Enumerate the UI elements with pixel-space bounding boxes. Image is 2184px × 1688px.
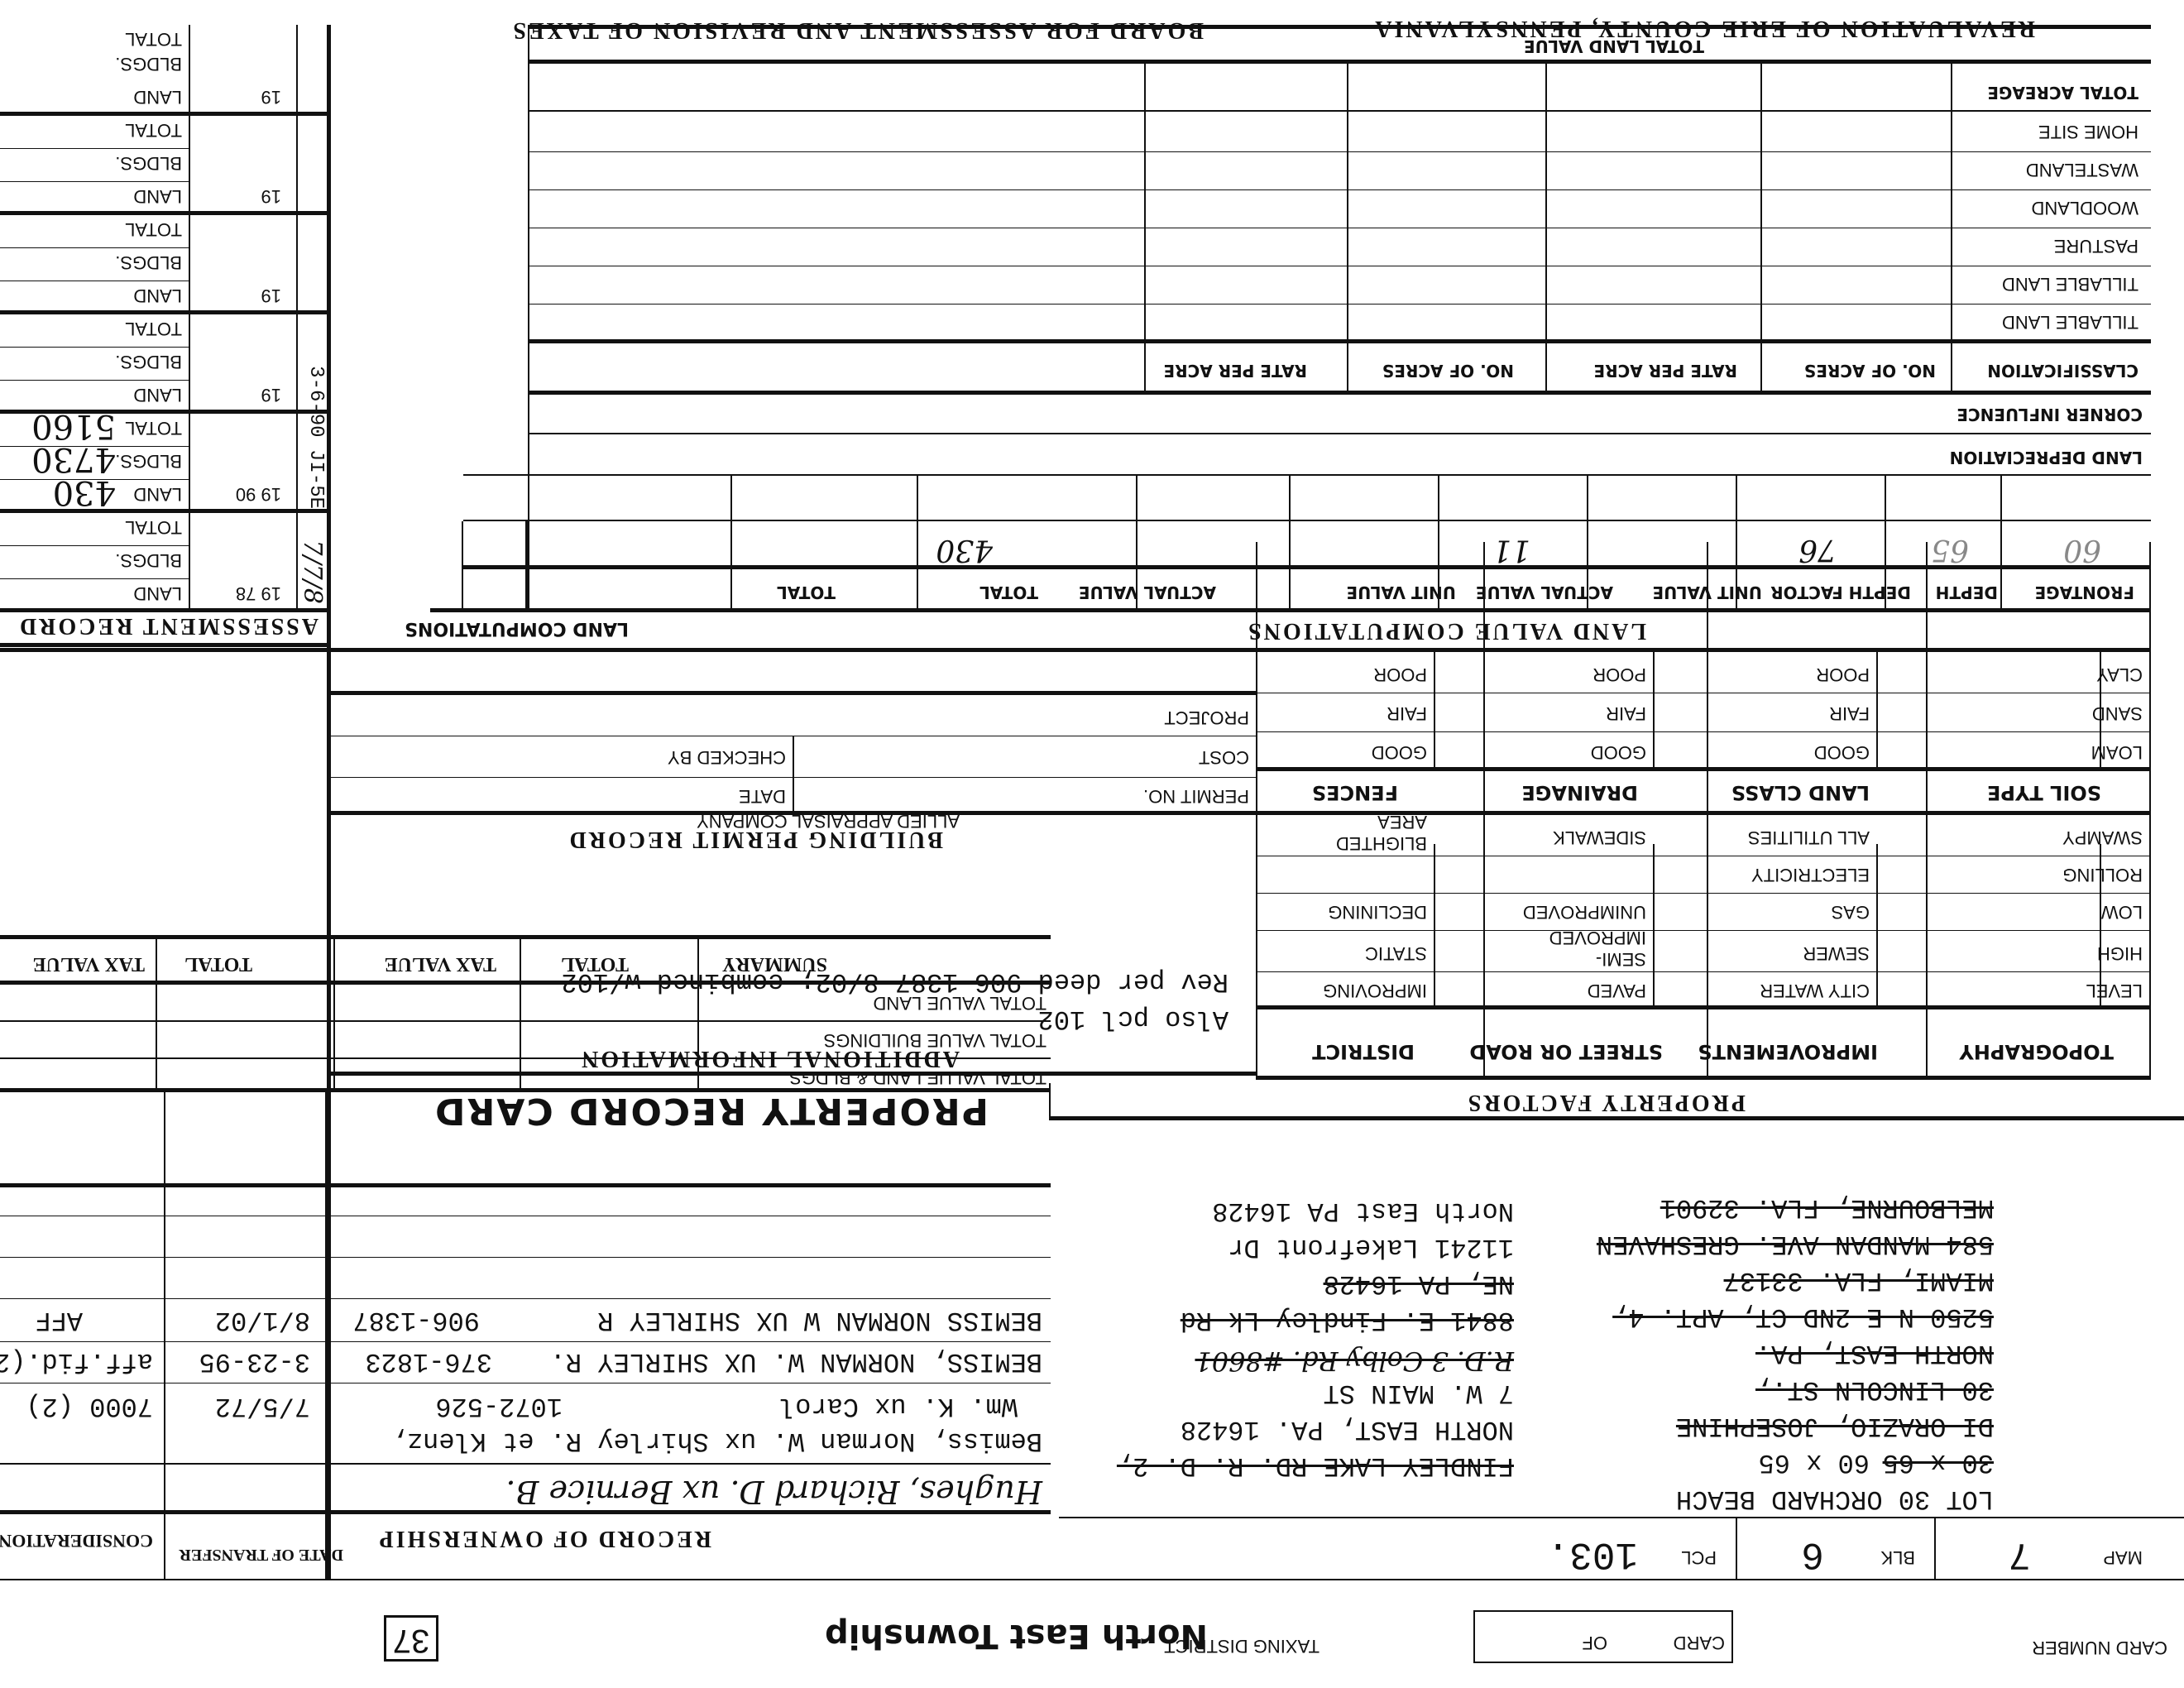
class-home-site: HOME SITE: [2038, 121, 2138, 142]
assessment-land-label: LAND: [133, 583, 182, 604]
divider: [463, 565, 1257, 569]
summary-tax-value-header-2: TAX VALUE: [33, 952, 145, 975]
address-line: MIAMI, FLA. 33137: [1724, 1265, 1994, 1296]
no-of-acres-header: NO. OF ACRES: [1804, 361, 1936, 381]
frontage-value: 60: [2063, 533, 2101, 567]
permit-date-label: DATE: [739, 785, 786, 807]
assessment-year: 19 78: [236, 583, 281, 604]
land-depreciation-label: LAND DEPRECIATION: [1950, 448, 2143, 468]
total-header-2: TOTAL: [777, 583, 836, 602]
factor-gas[interactable]: GAS: [1832, 901, 1870, 923]
factor-low[interactable]: LOW: [2101, 901, 2143, 923]
divider: [529, 25, 2151, 29]
class-total-acreage: TOTAL ACREAGE: [1987, 83, 2138, 103]
legal-dimensions: 60 x 65: [1759, 1447, 1870, 1478]
owner-date: 8/1/02: [215, 1305, 310, 1336]
summary-tax-value-header: TAX VALUE: [385, 952, 496, 975]
owner-row: BEMISS NORMAN W UX SHIRLEY R: [597, 1305, 1042, 1336]
address-line: 11241 Lakefront Dr: [1228, 1232, 1514, 1263]
divider: [0, 545, 190, 546]
divider: [1257, 811, 2151, 815]
property-factors-title: PROPERTY FACTORS: [1466, 1089, 1746, 1115]
soil-clay[interactable]: CLAY: [2096, 664, 2143, 685]
ownership-title: RECORD OF OWNERSHIP: [377, 1525, 711, 1551]
assessment-bldgs-label: BLDGS.: [115, 351, 182, 372]
assessment-bldgs-label: BLDGS.: [115, 450, 182, 472]
permit-checked-by-label: CHECKED BY: [668, 746, 786, 768]
divider: [0, 148, 190, 149]
divider: [462, 521, 463, 612]
divider: [1545, 64, 1547, 395]
lvc-header-row: FRONTAGE DEPTH DEPTH FACTOR UNIT VALUE A…: [1257, 569, 2151, 612]
divider: [1653, 651, 1655, 771]
divider: [0, 981, 1051, 985]
owner-deed: 1072-526: [435, 1391, 563, 1422]
assessment-total-label: TOTAL: [125, 28, 182, 50]
divider: [0, 935, 1051, 939]
divider: [1136, 476, 1137, 612]
divider: [1289, 476, 1291, 612]
divider: [0, 479, 190, 480]
owner-row: BEMISS, NORMAN W. UX SHIRLEY R.: [550, 1346, 1042, 1377]
address-line: FINDLEY LAKE RD. R. D. 2,: [1117, 1451, 1514, 1481]
divider: [1257, 1076, 2151, 1080]
legal-description: LOT 30 ORCHARD BEACH: [1676, 1484, 1994, 1514]
classification-header: CLASSIFICATION: [1987, 361, 2138, 381]
divider: [1434, 844, 1435, 1009]
drainage-header: DRAINAGE: [1521, 781, 1638, 804]
depth-value: 65: [1931, 533, 1969, 567]
divider: [1876, 651, 1878, 771]
fences-header: FENCES: [1312, 781, 1398, 804]
unit-value-header: UNIT VALUE: [1652, 583, 1762, 602]
address-line: 8841 E. Findley Lk Rd: [1181, 1305, 1514, 1336]
divider: [430, 608, 1257, 612]
drainage-good[interactable]: GOOD: [1591, 741, 1646, 763]
map-label: MAP: [2103, 1547, 2143, 1568]
divider: [1653, 844, 1655, 1009]
assessment-land-label: LAND: [133, 285, 182, 306]
divider: [0, 211, 331, 215]
factor-level[interactable]: LEVEL: [2086, 980, 2143, 1001]
divider: [529, 339, 2151, 343]
factor-blighted-area[interactable]: BLIGHTED AREA: [1303, 811, 1427, 854]
divider: [0, 578, 190, 579]
divider: [0, 1216, 1051, 1216]
assessment-title: ASSESSMENT RECORD: [17, 612, 318, 639]
address-line: 30 LINCOLN ST.,: [1755, 1374, 1994, 1405]
appraisal-company: ALLIED APPRAISAL COMPANY: [697, 810, 960, 832]
owner-date: 7/5/72: [215, 1391, 310, 1422]
divider: [0, 1183, 1051, 1187]
divider: [1885, 476, 1886, 612]
assessment-land-label: LAND: [133, 384, 182, 405]
divider: [331, 777, 1257, 778]
topography-header: TOPOGRAPHY: [1959, 1040, 2114, 1063]
divider: [0, 1088, 1051, 1092]
divider: [529, 228, 2151, 228]
address-line: MELBOURNE, FLA. 32901: [1660, 1192, 1994, 1223]
land-value-computations-title: LAND VALUE COMPUTATIONS: [1246, 617, 1646, 644]
unit-value-header-2: UNIT VALUE: [1346, 583, 1456, 602]
owner-deed: 906-1387: [352, 1305, 480, 1336]
divider: [697, 939, 699, 1092]
district-header: DISTRICT: [1312, 1040, 1415, 1063]
divider: [1587, 476, 1588, 612]
divider: [529, 189, 2151, 190]
property-record-card: BOARD FOR ASSESSMENT AND REVISION OF TAX…: [0, 0, 2184, 1688]
owner-row: Wm. K. ux Carol: [779, 1391, 1018, 1422]
divider: [0, 1383, 1051, 1383]
map-value: 7: [2008, 1532, 2031, 1575]
divider: [1257, 565, 2151, 569]
summary-total-land-bldgs-label: TOTAL VALUE LAND & BLDGS.: [784, 1067, 1046, 1088]
summary-total-buildings-label: TOTAL VALUE BUILDINGS: [824, 1029, 1046, 1051]
factor-semi-improved[interactable]: SEMI-IMPROVED: [1522, 927, 1646, 970]
divider: [529, 266, 2151, 266]
divider: [0, 247, 190, 248]
factor-all-utilities[interactable]: ALL UTILITIES: [1748, 827, 1870, 848]
land-class-fair[interactable]: FAIR: [1829, 703, 1870, 724]
assessment-land-label: LAND: [133, 185, 182, 207]
factor-swampy[interactable]: SWAMPY: [2062, 827, 2143, 848]
permit-cost-label: COST: [1199, 746, 1249, 768]
box-number: 37: [384, 1615, 438, 1662]
factor-sidewalk[interactable]: SIDEWALK: [1553, 827, 1646, 848]
divider: [331, 691, 1257, 695]
divider: [1736, 476, 1737, 612]
assessment-land-label: LAND: [133, 86, 182, 108]
summary-header: SUMMARY: [722, 952, 827, 975]
owner-date: 3-23-95: [199, 1346, 310, 1377]
card-of-box: CARD OF: [1473, 1610, 1733, 1663]
permit-no-label: PERMIT NO.: [1143, 785, 1249, 807]
address-line: NORTH EAST, PA. 16428: [1181, 1414, 1514, 1445]
address-line: 5250 N E 2ND CT, APT. 4,: [1612, 1302, 1994, 1332]
divider: [529, 391, 2151, 395]
drainage-poor[interactable]: POOR: [1592, 664, 1646, 685]
divider: [529, 304, 2151, 305]
divider: [0, 281, 190, 281]
no-of-acres-header-2: NO. OF ACRES: [1382, 361, 1514, 381]
card-number-label: CARD NUMBER: [2076, 1637, 2167, 1658]
soil-type-header: SOIL TYPE: [1987, 781, 2101, 804]
divider: [1434, 651, 1435, 771]
frontage-header: FRONTAGE: [2035, 583, 2134, 602]
factor-rolling[interactable]: ROLLING: [2062, 864, 2143, 885]
divider: [331, 736, 1257, 736]
divider: [730, 476, 732, 612]
card-label: CARD: [1674, 1632, 1725, 1653]
divider: [463, 474, 2151, 476]
land-class-good[interactable]: GOOD: [1814, 741, 1870, 763]
address-line: North East PA 16428: [1212, 1196, 1514, 1226]
divider: [0, 446, 190, 447]
land-computations-label: LAND COMPUTATIONS: [405, 618, 629, 639]
assessment-bldgs-label: BLDGS.: [115, 152, 182, 174]
factor-paved[interactable]: PAVED: [1588, 980, 1646, 1001]
summary-total-header-2: TOTAL: [184, 952, 252, 975]
divider: [1257, 893, 2151, 894]
divider: [0, 380, 190, 381]
depth-factor-header: DEPTH FACTOR: [1770, 583, 1911, 602]
factor-city-water[interactable]: CITY WATER: [1760, 980, 1870, 1001]
divider: [1876, 844, 1878, 1009]
divider: [1257, 731, 2151, 732]
divider: [1257, 767, 2151, 771]
factor-static[interactable]: STATIC: [1365, 942, 1427, 964]
soil-sand[interactable]: SAND: [2092, 703, 2143, 724]
divider: [1257, 856, 2151, 856]
summary-total-land-label: TOTAL VALUE LAND: [874, 992, 1046, 1014]
drainage-fair[interactable]: FAIR: [1606, 703, 1646, 724]
divider: [2000, 476, 2002, 612]
class-tillable-2: TILLABLE LAND: [2002, 273, 2138, 295]
assessment-total-label: TOTAL: [125, 318, 182, 339]
assessment-bldgs-label: BLDGS.: [115, 53, 182, 74]
assessment-year: 19: [261, 285, 281, 306]
divider: [1257, 930, 2151, 931]
total-header: TOTAL: [979, 583, 1038, 602]
actual-value-header-2: ACTUAL VALUE: [1079, 583, 1216, 602]
divider: [1257, 1005, 2151, 1009]
divider: [529, 433, 2151, 434]
address-line: DI ORAZIO, JOSEPHINE: [1676, 1411, 1994, 1441]
divider: [1144, 64, 1146, 395]
divider: [0, 1020, 1051, 1022]
permit-project-label: PROJECT: [1164, 707, 1249, 728]
owner-row-handwritten: Hughes, Richard D. ux Bernice B.: [505, 1474, 1042, 1510]
divider: [1438, 476, 1439, 612]
fences-good[interactable]: GOOD: [1372, 741, 1427, 763]
divider: [0, 648, 2151, 652]
divider: [0, 509, 331, 513]
divider: [917, 476, 918, 612]
assessment-year: 19 90: [236, 483, 281, 505]
address-line: 584 MANDAN AVE. GRESHAVEN: [1597, 1229, 1994, 1259]
assessment-total-label: TOTAL: [125, 119, 182, 141]
divider: [1934, 1518, 1936, 1580]
class-woodland: WOODLAND: [2031, 197, 2138, 218]
total-land-value-label: TOTAL LAND VALUE: [1524, 36, 1704, 56]
rate-per-acre-header: RATE PER ACRE: [1594, 361, 1738, 381]
divider: [0, 1257, 1051, 1258]
divider: [529, 151, 2151, 152]
factor-improving[interactable]: IMPROVING: [1323, 980, 1427, 1001]
divider: [0, 1510, 1051, 1514]
land-class-poor[interactable]: POOR: [1816, 664, 1870, 685]
land-class-header: LAND CLASS: [1731, 781, 1870, 804]
divider: [1257, 693, 2151, 693]
divider: [0, 1341, 1051, 1342]
assessment-bldgs-label: BLDGS.: [115, 252, 182, 273]
assessment-empty-blocks: LAND BLDGS. TOTAL 19 LAND BLDGS. TOTAL 1…: [0, 25, 331, 414]
assessment-year: 19: [261, 384, 281, 405]
divider: [0, 181, 190, 182]
assessment-year: 19: [261, 185, 281, 207]
assessment-land-label: LAND: [133, 483, 182, 505]
owner-row: Bemiss, Norman W. ux Shirley R. et Klenz…: [391, 1426, 1042, 1456]
divider: [0, 643, 331, 647]
divider: [1760, 64, 1762, 395]
divider: [1736, 1518, 1737, 1580]
divider: [0, 1298, 1051, 1299]
address-line: R.D. 3 Colby Rd. #8601: [1195, 1345, 1514, 1377]
owner-consideration: AFF: [35, 1305, 83, 1336]
address-line: NE, PA 16428: [1324, 1268, 1514, 1299]
divider: [164, 1092, 165, 1580]
property-addresses: FINDLEY LAKE RD. R. D. 2, NORTH EAST, PA…: [1051, 1134, 1514, 1481]
divider: [325, 1092, 327, 1580]
divider: [0, 310, 331, 314]
divider: [1951, 64, 1952, 395]
divider: [1051, 1116, 2184, 1120]
divider: [1347, 64, 1348, 395]
divider: [529, 110, 2151, 112]
actual-value-header: ACTUAL VALUE: [1476, 583, 1613, 602]
additional-info-line-1: Also pcl 102: [1038, 1004, 1228, 1034]
address-line: NORTH EAST, PA.: [1755, 1338, 1994, 1369]
owner-deed: 376-1823: [365, 1346, 492, 1377]
divider: [793, 736, 794, 815]
card-title: PROPERTY RECORD CARD: [433, 1090, 989, 1132]
divider: [0, 608, 331, 612]
factor-unimproved[interactable]: UNIMPROVED: [1523, 901, 1646, 923]
board-title: BOARD FOR ASSESSMENT AND REVISION OF TAX…: [510, 17, 1204, 43]
divider: [0, 1463, 1051, 1465]
class-pasture: PASTURE: [2054, 235, 2138, 257]
blk-label: BLK: [1880, 1547, 1915, 1568]
blk-value: 6: [1801, 1532, 1824, 1575]
pcl-value: 103.: [1547, 1532, 1638, 1575]
factor-declining[interactable]: DECLINING: [1328, 901, 1427, 923]
consideration-header: CONSIDERATION: [0, 1530, 153, 1551]
summary-total-header: TOTAL: [561, 952, 629, 975]
factor-high[interactable]: HIGH: [2097, 942, 2143, 964]
assessment-year: 19: [261, 86, 281, 108]
street-road-header: STREET OR ROAD: [1469, 1040, 1663, 1063]
depth-factor-value: 76: [1798, 533, 1837, 567]
divider: [0, 112, 331, 116]
total-value: 430: [936, 533, 993, 567]
owner-consideration: 7000 (2): [26, 1391, 153, 1422]
assessment-total-label: TOTAL: [125, 417, 182, 439]
divider: [525, 521, 529, 612]
class-wasteland: WASTELAND: [2026, 159, 2138, 180]
pcl-label: PCL: [1681, 1547, 1717, 1568]
actual-value: 11: [1492, 533, 1530, 567]
fences-fair[interactable]: FAIR: [1387, 703, 1427, 724]
divider: [333, 939, 335, 1092]
assessment-bldgs-label: BLDGS.: [115, 549, 182, 571]
divider: [0, 347, 190, 348]
improvements-header: IMPROVEMENTS: [1698, 1040, 1878, 1063]
divider: [529, 60, 2151, 64]
factor-electricity[interactable]: ELECTRICITY: [1751, 864, 1870, 885]
assessment-total-label: TOTAL: [125, 516, 182, 538]
divider: [520, 939, 521, 1092]
divider: [463, 520, 2151, 521]
divider: [528, 25, 529, 521]
fences-poor[interactable]: POOR: [1373, 664, 1427, 685]
divider: [156, 939, 157, 1092]
assessment-total-label: TOTAL: [125, 218, 182, 240]
of-label: OF: [1582, 1632, 1607, 1653]
divider: [0, 1057, 1051, 1059]
depth-header: DEPTH: [1936, 583, 1998, 602]
taxing-district-label: TAXING DISTRICT: [1228, 1635, 1319, 1657]
divider: [1059, 1517, 2184, 1518]
divider: [1257, 971, 2151, 972]
owner-consideration: aff.fid.(2): [0, 1346, 153, 1377]
rate-per-acre-header-2: RATE PER ACRE: [1164, 361, 1308, 381]
factor-sewer[interactable]: SEWER: [1803, 942, 1870, 964]
corner-influence-label: CORNER INFLUENCE: [1956, 405, 2143, 424]
address-line: 7 W. MAIN ST: [1324, 1378, 1514, 1408]
assessment-stamp: 7/7/8: [298, 540, 327, 604]
soil-loam[interactable]: LOAM: [2091, 741, 2143, 763]
taxing-district-value: North East Township: [825, 1617, 1208, 1655]
class-tillable-1: TILLABLE LAND: [2002, 311, 2138, 333]
legal-dimensions-old: 30 x 65: [1883, 1447, 1994, 1478]
